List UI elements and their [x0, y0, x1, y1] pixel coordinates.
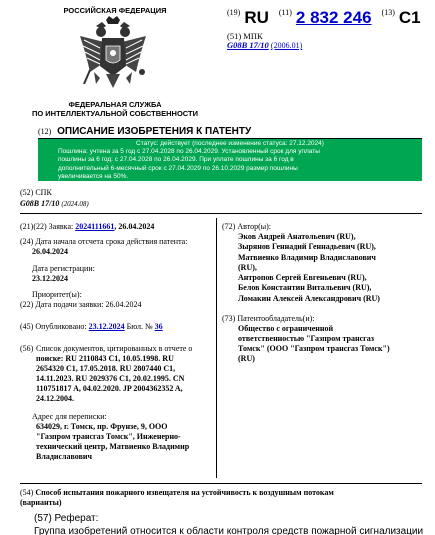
coat-of-arms-emblem	[76, 14, 150, 96]
patent-owner-label: (73) Патентообладатель(и):	[222, 314, 427, 324]
status-line: Статус: действует (последнее изменение с…	[44, 140, 416, 148]
inid-54: (54)	[20, 488, 33, 497]
bibliographic-top-divider	[20, 213, 422, 214]
cpc-code: G08B 17/10	[20, 199, 59, 208]
fee-line-4: увеличивается на 50%.	[44, 173, 416, 181]
invention-title-line: (варианты)	[20, 498, 430, 508]
application-label: (21)(22) Заявка:	[20, 222, 73, 231]
author-item: Ломакин Алексей Александрович (RU)	[238, 294, 427, 304]
term-start-field: (24) Дата начала отсчета срока действия …	[20, 237, 216, 257]
author-item: (RU),	[238, 263, 427, 273]
author-item: Белов Константин Витальевич (RU),	[238, 283, 427, 293]
author-item: Эков Андрей Анатольевич (RU),	[238, 232, 427, 242]
patent-number-link[interactable]: 2 832 246	[296, 8, 372, 27]
patent-owner-line: (RU)	[238, 354, 427, 364]
published-label: (45) Опубликовано:	[20, 322, 87, 331]
author-item: Антропов Сергей Евгеньевич (RU),	[238, 273, 427, 283]
abstract-text: Группа изобретений относится к области к…	[34, 526, 423, 535]
references-line: 2654320 C1, 17.05.2018. RU 2807440 C1,	[36, 364, 192, 374]
ipc-code-link[interactable]: G08B 17/10	[227, 40, 269, 50]
inid-13: (13)	[382, 8, 395, 17]
correspondence-line: 634029, г. Томск, пр. Фрунзе, 9, ООО	[32, 422, 216, 432]
inid-12: (12)	[38, 127, 51, 136]
patent-owner-line: ответственностью "Газпром трансгаз	[238, 334, 427, 344]
country-code: RU	[244, 8, 269, 27]
term-start-label: (24) Дата начала отсчета срока действия …	[20, 237, 216, 247]
patent-owner-line: Томск" (ООО "Газпром трансгаз Томск")	[238, 344, 427, 354]
term-start-value: 26.04.2024	[20, 247, 216, 257]
correspondence-label: Адрес для переписки:	[32, 412, 216, 422]
priority-label: Приоритет(ы):	[20, 290, 216, 300]
cpc-version: (2024.08)	[61, 200, 88, 208]
priority-filing-date: (22) Дата подачи заявки: 26.04.2024	[20, 300, 216, 310]
patent-owner-line: Общество с ограниченной	[238, 324, 427, 334]
references-line: поиске: RU 2110843 C1, 10.05.1998. RU	[36, 354, 192, 364]
status-box: Статус: действует (последнее изменение с…	[38, 139, 422, 181]
invention-title: (54) Способ испытания пожарного извещате…	[20, 488, 430, 508]
author-item: Зырянов Геннадий Геннадьевич (RU),	[238, 242, 427, 252]
references-list: Список документов, цитированных в отчете…	[32, 344, 192, 404]
column-divider	[216, 218, 217, 478]
bibliographic-bottom-divider	[20, 483, 422, 484]
abstract-label: (57) Реферат:	[34, 513, 98, 524]
registration-field: Дата регистрации: 23.12.2024	[32, 264, 216, 284]
author-item: Матвиенко Владимир Владиславович	[238, 253, 427, 263]
inid-11: (11)	[279, 8, 292, 17]
authors-list: Эков Андрей Анатольевич (RU), Зырянов Ге…	[222, 232, 427, 304]
invention-title-line: Способ испытания пожарного извещателя на…	[35, 488, 334, 497]
agency-name-line1: ФЕДЕРАЛЬНАЯ СЛУЖБА	[20, 100, 210, 109]
correspondence-field: Адрес для переписки: 634029, г. Томск, п…	[32, 412, 216, 462]
correspondence-line: Владиславович	[32, 452, 216, 462]
fee-line-1: Пошлина: учтена за 5 год с 27.04.2028 по…	[44, 148, 416, 156]
correspondence-line: технический центр, Матвиенко Владимир	[32, 442, 216, 452]
ipc-version-link[interactable]: (2006.01)	[271, 41, 302, 50]
patent-id-line: (19) RU (11) 2 832 246 (13) C1	[227, 8, 421, 28]
references-line: 110751817 A, 04.02.2020. JP 2004362352 A…	[36, 384, 192, 394]
ipc-classification: G08B 17/10 (2006.01)	[227, 40, 302, 50]
fee-line-2: пошлины за 6 год: с 27.04.2028 по 26.04.…	[44, 156, 416, 164]
application-field: (21)(22) Заявка: 2024111661, 26.04.2024	[20, 222, 216, 232]
priority-field: Приоритет(ы): (22) Дата подачи заявки: 2…	[20, 290, 216, 310]
patent-owner-field: (73) Патентообладатель(и): Общество с ог…	[222, 314, 427, 364]
registration-value: 23.12.2024	[32, 274, 216, 284]
application-date: , 26.04.2024	[114, 222, 154, 231]
bulletin-number-link[interactable]: 36	[155, 322, 163, 331]
kind-code: C1	[399, 8, 421, 27]
authors-field: (72) Автор(ы): Эков Андрей Анатольевич (…	[222, 222, 427, 304]
cpc-classification: G08B 17/10 (2024.08)	[20, 199, 89, 209]
agency-name-line2: ПО ИНТЕЛЛЕКТУАЛЬНОЙ СОБСТВЕННОСТИ	[20, 109, 210, 118]
references-line: 24.12.2004.	[36, 394, 192, 404]
correspondence-line: "Газпром трансгаз Томск", Инженерно-	[32, 432, 216, 442]
application-number-link[interactable]: 2024111661	[75, 222, 114, 231]
references-line: Список документов, цитированных в отчете…	[36, 344, 192, 354]
agency-name: ФЕДЕРАЛЬНАЯ СЛУЖБА ПО ИНТЕЛЛЕКТУАЛЬНОЙ С…	[20, 100, 210, 118]
document-title-text: ОПИСАНИЕ ИЗОБРЕТЕНИЯ К ПАТЕНТУ	[57, 126, 251, 137]
inid-19: (19)	[227, 8, 240, 17]
publication-field: (45) Опубликовано: 23.12.2024 Бюл. № 36	[20, 322, 216, 332]
bulletin-label: Бюл. №	[127, 322, 153, 331]
fee-line-3: дополнительный 6-месячный срок с 27.04.2…	[44, 165, 416, 173]
references-field: (56) Список документов, цитированных в о…	[20, 344, 216, 404]
references-line: 14.11.2023. RU 2029376 C1, 20.02.1995. C…	[36, 374, 192, 384]
publication-date-link[interactable]: 23.12.2024	[89, 322, 125, 331]
registration-label: Дата регистрации:	[32, 264, 216, 274]
authors-label: (72) Автор(ы):	[222, 222, 427, 232]
document-title: (12) ОПИСАНИЕ ИЗОБРЕТЕНИЯ К ПАТЕНТУ	[38, 126, 251, 137]
inid-56: (56)	[20, 344, 32, 404]
patent-owner-name: Общество с ограниченной ответственностью…	[222, 324, 427, 364]
cpc-label: (52) СПК	[20, 188, 52, 198]
